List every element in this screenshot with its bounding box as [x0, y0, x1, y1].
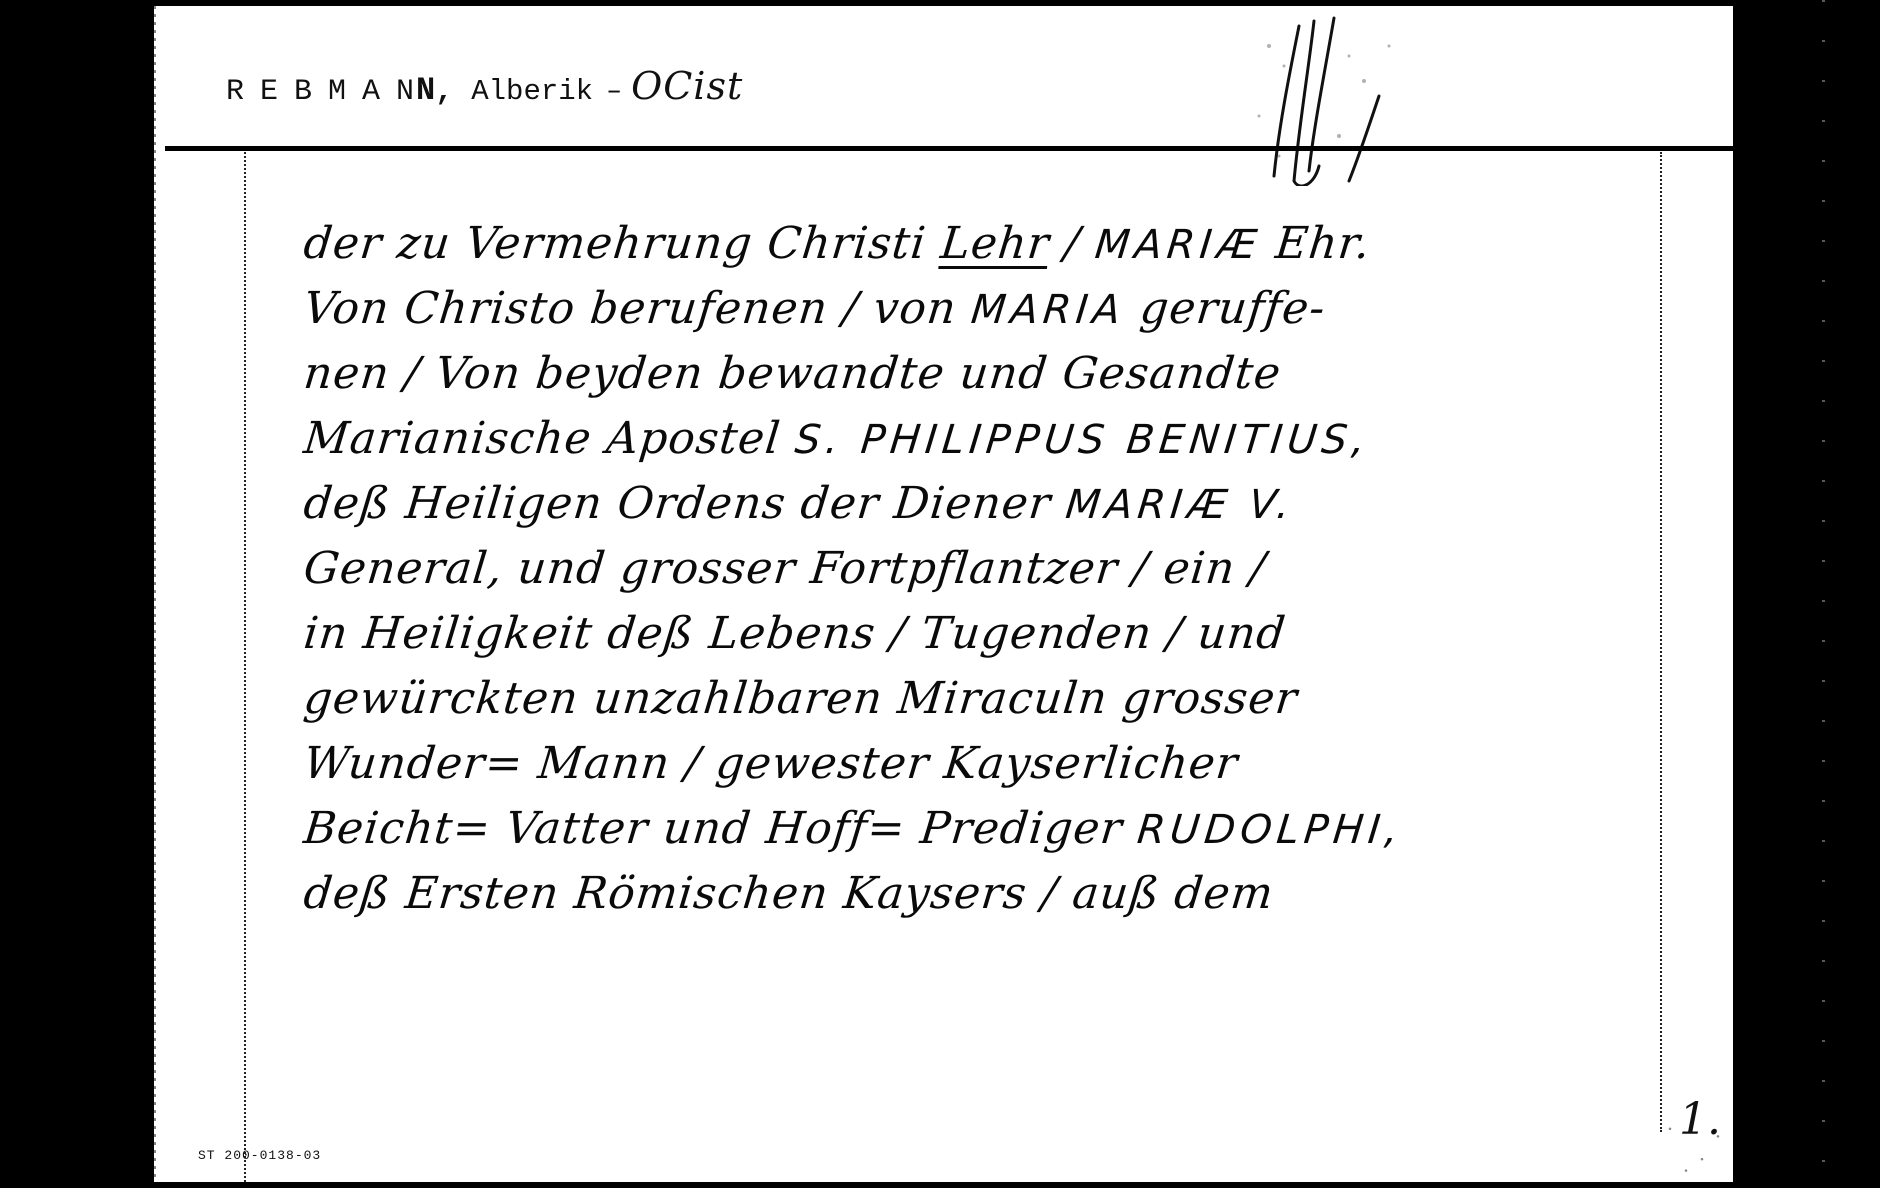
card-edge	[154, 6, 156, 1182]
text-line-2: Von Christo berufenen / von MARIA geruff…	[301, 276, 1688, 341]
archive-code: ST 200-0138-03	[198, 1148, 321, 1163]
handwritten-body: der zu Vermehrung Christi Lehr / MARIÆ E…	[304, 211, 1684, 926]
given-name: Alberik	[471, 75, 593, 108]
header-comma: ,	[435, 75, 453, 109]
text-line-11: deß Ersten Römischen Kaysers / auß dem	[301, 861, 1688, 926]
surname-typed: REBMAN	[226, 75, 430, 109]
text-line-6: General, und grosser Fortpflantzer / ein…	[301, 536, 1688, 601]
text-line-5: deß Heiligen Ordens der Diener MARIÆ V.	[301, 471, 1688, 536]
scan-border-streaks	[1795, 0, 1855, 1188]
scan-noise	[1654, 1106, 1734, 1182]
text-line-7: in Heiligkeit deß Lebens / Tugenden / un…	[301, 601, 1688, 666]
header-dash: –	[607, 73, 621, 106]
text-line-10: Beicht= Vatter und Hoff= Prediger RUDOLP…	[301, 796, 1688, 861]
order-abbreviation: OCist	[631, 64, 743, 108]
card-header-title: REBMAN N , Alberik – OCist	[226, 64, 743, 114]
text-line-9: Wunder= Mann / gewester Kayserlicher	[301, 731, 1688, 796]
surname-correction: N	[416, 72, 435, 109]
header-rule	[165, 146, 1733, 151]
left-margin-line	[244, 152, 246, 1182]
text-line-8: gewürckten unzahlbaren Miraculn grosser	[301, 666, 1688, 731]
text-line-3: nen / Von beyden bewandte und Gesandte	[301, 341, 1688, 406]
text-line-1: der zu Vermehrung Christi Lehr / MARIÆ E…	[301, 211, 1688, 276]
handwritten-mark-icon	[1239, 6, 1409, 186]
index-card: REBMAN N , Alberik – OCist der zu Vermeh…	[154, 6, 1733, 1182]
text-line-4: Marianische Apostel S. PHILIPPUS BENITIU…	[301, 406, 1688, 471]
